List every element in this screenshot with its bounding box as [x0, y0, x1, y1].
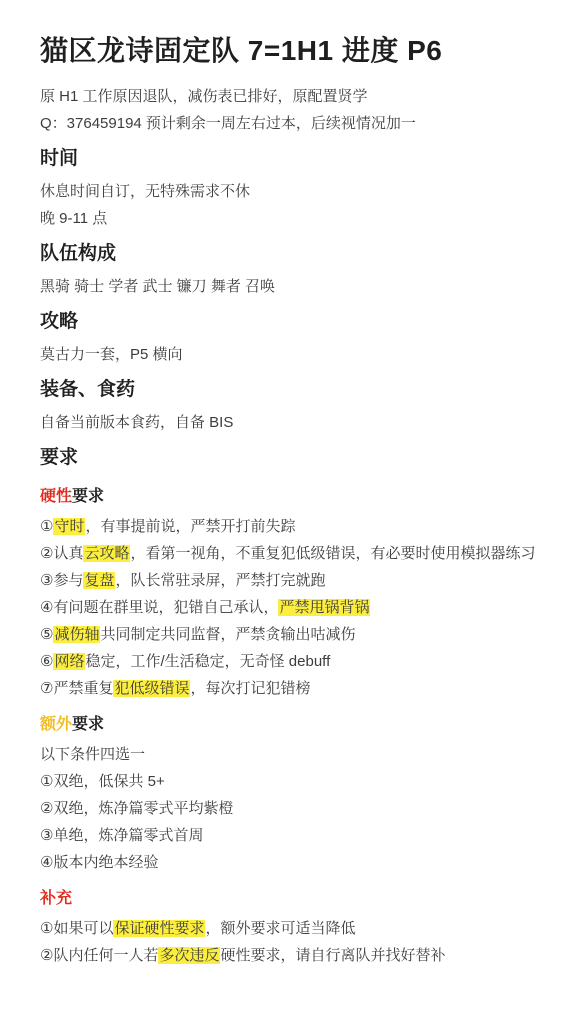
text-segment: 要求 — [72, 716, 104, 733]
text-segment: ①如果可以 — [40, 920, 113, 937]
text-segment: 时间 — [40, 148, 78, 169]
section-heading-time: 时间 — [40, 147, 550, 171]
subheading-hard-requirements: 硬性要求 — [40, 486, 550, 507]
extra-requirements-intro: 以下条件四选一 — [40, 746, 550, 764]
document-content: 猫区龙诗固定队 7=1H1 进度 P6原 H1 工作原因退队，减伤表已排好，原配… — [40, 34, 550, 965]
text-segment: ，每次打记犯错榜 — [190, 680, 310, 697]
section-heading-strategy: 攻略 — [40, 310, 550, 334]
extra-requirement-item-4: ④版本内绝本经验 — [40, 854, 550, 872]
highlighted-text: 云攻略 — [83, 545, 130, 562]
rest-time-line: 休息时间自订，无特殊需求不休 — [40, 183, 550, 201]
highlighted-text: 多次违反 — [158, 947, 220, 964]
text-segment: ④有问题在群里说，犯错自己承认， — [40, 599, 278, 616]
contact-line: Q：376459194 预计剩余一周左右过本，后续视情况加一 — [40, 115, 550, 133]
text-segment: 要求 — [72, 488, 104, 505]
gold-emphasis-text: 额外 — [40, 716, 72, 733]
highlighted-text: 网络 — [53, 653, 85, 670]
hard-requirement-item-2: ②认真云攻略，看第一视角，不重复犯低级错误，有必要时使用模拟器练习 — [40, 545, 550, 563]
section-heading-requirements: 要求 — [40, 446, 550, 470]
extra-requirement-item-2: ②双绝，炼净篇零式平均紫橙 — [40, 800, 550, 818]
highlighted-text: 复盘 — [83, 572, 115, 589]
text-segment: ③参与 — [40, 572, 83, 589]
text-segment: 莫古力一套，P5 横向 — [40, 346, 183, 363]
extra-requirement-item-3: ③单绝，炼净篇零式首周 — [40, 827, 550, 845]
hard-requirement-item-7: ⑦严禁重复犯低级错误，每次打记犯错榜 — [40, 680, 550, 698]
text-segment: 自备当前版本食药，自备 BIS — [40, 414, 233, 431]
highlighted-text: 守时 — [53, 518, 85, 535]
text-segment: ②认真 — [40, 545, 83, 562]
text-segment: 以下条件四选一 — [40, 746, 145, 763]
text-segment: ⑦严禁重复 — [40, 680, 113, 697]
text-segment: 队伍构成 — [40, 243, 116, 264]
text-segment: ，看第一视角，不重复犯低级错误，有必要时使用模拟器练习 — [130, 545, 535, 562]
text-segment: 要求 — [40, 447, 78, 468]
text-segment: 原 H1 工作原因退队，减伤表已排好，原配置贤学 — [40, 88, 368, 105]
text-segment: 黑骑 骑士 学者 武士 镰刀 舞者 召唤 — [40, 278, 275, 295]
section-heading-team-composition: 队伍构成 — [40, 242, 550, 266]
section-heading-gear-food: 装备、食药 — [40, 378, 550, 402]
text-segment: ③单绝，炼净篇零式首周 — [40, 827, 203, 844]
intro-line: 原 H1 工作原因退队，减伤表已排好，原配置贤学 — [40, 88, 550, 106]
red-emphasis-text: 硬性 — [40, 488, 72, 505]
text-segment: ，有事提前说，严禁开打前失踪 — [85, 518, 295, 535]
text-segment: ，额外要求可适当降低 — [205, 920, 355, 937]
supplement-item-1: ①如果可以保证硬性要求，额外要求可适当降低 — [40, 920, 550, 938]
extra-requirement-item-1: ①双绝，低保共 5+ — [40, 773, 550, 791]
hard-requirement-item-6: ⑥网络稳定，工作/生活稳定，无奇怪 debuff — [40, 653, 550, 671]
text-segment: 攻略 — [40, 311, 78, 332]
subheading-supplement: 补充 — [40, 888, 550, 909]
text-segment: ⑥ — [40, 653, 53, 670]
team-composition-line: 黑骑 骑士 学者 武士 镰刀 舞者 召唤 — [40, 278, 550, 296]
text-segment: ②队内任何一人若 — [40, 947, 158, 964]
strategy-line: 莫古力一套，P5 横向 — [40, 346, 550, 364]
gear-food-line: 自备当前版本食药，自备 BIS — [40, 414, 550, 432]
schedule-line: 晚 9-11 点 — [40, 210, 550, 228]
hard-requirement-item-4: ④有问题在群里说，犯错自己承认，严禁甩锅背锅 — [40, 599, 550, 617]
highlighted-text: 减伤轴 — [53, 626, 100, 643]
red-emphasis-text: 补充 — [40, 890, 72, 907]
subheading-extra-requirements: 额外要求 — [40, 714, 550, 735]
text-segment: 猫区龙诗固定队 7=1H1 进度 P6 — [40, 35, 442, 66]
hard-requirement-item-1: ①守时，有事提前说，严禁开打前失踪 — [40, 518, 550, 536]
text-segment: ②双绝，炼净篇零式平均紫橙 — [40, 800, 233, 817]
text-segment: 休息时间自订，无特殊需求不休 — [40, 183, 250, 200]
text-segment: 硬性要求，请自行离队并找好替补 — [220, 947, 445, 964]
highlighted-text: 保证硬性要求 — [113, 920, 205, 937]
text-segment: ，队长常驻录屏，严禁打完就跑 — [115, 572, 325, 589]
document-page: 猫区龙诗固定队 7=1H1 进度 P6原 H1 工作原因退队，减伤表已排好，原配… — [0, 0, 576, 1024]
text-segment: 共同制定共同监督，严禁贪输出咕减伤 — [100, 626, 355, 643]
hard-requirement-item-5: ⑤减伤轴共同制定共同监督，严禁贪输出咕减伤 — [40, 626, 550, 644]
highlighted-text: 严禁甩锅背锅 — [278, 599, 370, 616]
hard-requirement-item-3: ③参与复盘，队长常驻录屏，严禁打完就跑 — [40, 572, 550, 590]
text-segment: 晚 9-11 点 — [40, 210, 107, 227]
text-segment: ①双绝，低保共 5+ — [40, 773, 165, 790]
text-segment: 稳定，工作/生活稳定，无奇怪 debuff — [85, 653, 330, 670]
text-segment: Q：376459194 预计剩余一周左右过本，后续视情况加一 — [40, 115, 416, 132]
highlighted-text: 犯低级错误 — [113, 680, 190, 697]
page-title: 猫区龙诗固定队 7=1H1 进度 P6 — [40, 34, 550, 68]
supplement-item-2: ②队内任何一人若多次违反硬性要求，请自行离队并找好替补 — [40, 947, 550, 965]
text-segment: ⑤ — [40, 626, 53, 643]
text-segment: ④版本内绝本经验 — [40, 854, 158, 871]
text-segment: 装备、食药 — [40, 379, 135, 400]
text-segment: ① — [40, 518, 53, 535]
